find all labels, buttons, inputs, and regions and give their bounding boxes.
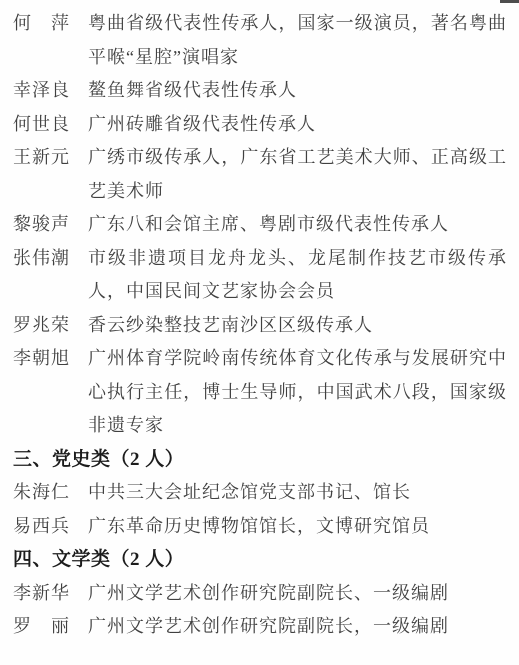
person-desc: 广州文学艺术创作研究院副院长，一级编剧: [88, 610, 507, 644]
person-desc: 鳌鱼舞省级代表性传承人: [88, 74, 507, 108]
document-body: 何 萍粤曲省级代表性传承人，国家一级演员，著名粤曲平喉“星腔”演唱家幸泽良鳌鱼舞…: [13, 7, 512, 644]
person-name: 易西兵: [13, 510, 70, 544]
person-name: 罗 丽: [13, 610, 70, 644]
person-name: 何 萍: [13, 7, 70, 41]
scrollbar-fragment[interactable]: [500, 0, 519, 3]
person-name: 王新元: [13, 141, 70, 175]
person-name: 朱海仁: [13, 476, 70, 510]
person-row: 李新华广州文学艺术创作研究院副院长、一级编剧: [13, 577, 512, 611]
person-desc: 广绣市级传承人，广东省工艺美术大师、正高级工艺美术师: [88, 141, 507, 208]
person-name: 幸泽良: [13, 74, 70, 108]
person-desc: 广州文学艺术创作研究院副院长、一级编剧: [88, 577, 507, 611]
person-row: 罗兆荣香云纱染整技艺南沙区区级传承人: [13, 309, 512, 343]
person-desc: 广州体育学院岭南传统体育文化传承与发展研究中心执行主任，博士生导师，中国武术八段…: [88, 342, 507, 443]
person-name: 李新华: [13, 577, 70, 611]
person-name: 李朝旭: [13, 342, 70, 376]
person-desc: 广州砖雕省级代表性传承人: [88, 108, 507, 142]
person-desc: 广东革命历史博物馆馆长，文博研究馆员: [88, 510, 507, 544]
person-row: 何 萍粤曲省级代表性传承人，国家一级演员，著名粤曲平喉“星腔”演唱家: [13, 7, 512, 74]
person-name: 罗兆荣: [13, 309, 70, 343]
person-desc: 粤曲省级代表性传承人，国家一级演员，著名粤曲平喉“星腔”演唱家: [88, 7, 507, 74]
person-row: 李朝旭广州体育学院岭南传统体育文化传承与发展研究中心执行主任，博士生导师，中国武…: [13, 342, 512, 443]
person-row: 何世良广州砖雕省级代表性传承人: [13, 108, 512, 142]
person-row: 罗 丽广州文学艺术创作研究院副院长，一级编剧: [13, 610, 512, 644]
person-desc: 广东八和会馆主席、粤剧市级代表性传承人: [88, 208, 507, 242]
person-row: 易西兵广东革命历史博物馆馆长，文博研究馆员: [13, 510, 512, 544]
person-row: 朱海仁中共三大会址纪念馆党支部书记、馆长: [13, 476, 512, 510]
person-name: 何世良: [13, 108, 70, 142]
person-name: 黎骏声: [13, 208, 70, 242]
person-desc: 市级非遗项目龙舟龙头、龙尾制作技艺市级传承人，中国民间文艺家协会会员: [88, 242, 507, 309]
person-row: 黎骏声广东八和会馆主席、粤剧市级代表性传承人: [13, 208, 512, 242]
section-heading: 三、党史类（2 人）: [13, 443, 512, 477]
document-page: 何 萍粤曲省级代表性传承人，国家一级演员，著名粤曲平喉“星腔”演唱家幸泽良鳌鱼舞…: [0, 0, 519, 665]
person-name: 张伟潮: [13, 242, 70, 276]
section-heading: 四、文学类（2 人）: [13, 543, 512, 577]
person-desc: 中共三大会址纪念馆党支部书记、馆长: [88, 476, 507, 510]
person-row: 王新元广绣市级传承人，广东省工艺美术大师、正高级工艺美术师: [13, 141, 512, 208]
person-row: 幸泽良鳌鱼舞省级代表性传承人: [13, 74, 512, 108]
person-row: 张伟潮市级非遗项目龙舟龙头、龙尾制作技艺市级传承人，中国民间文艺家协会会员: [13, 242, 512, 309]
person-desc: 香云纱染整技艺南沙区区级传承人: [88, 309, 507, 343]
